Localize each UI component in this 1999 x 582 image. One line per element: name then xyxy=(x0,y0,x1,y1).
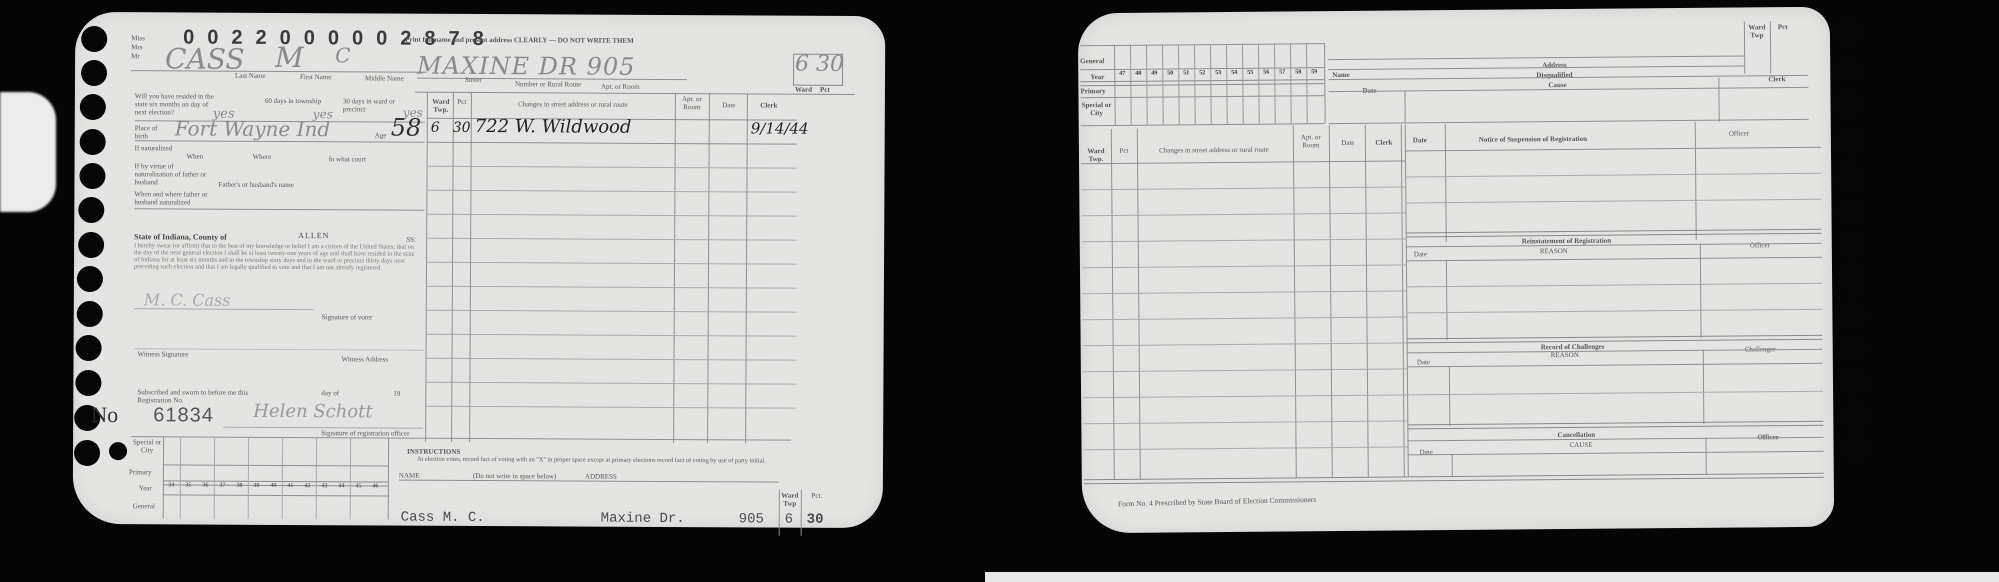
first-name-value: M xyxy=(275,41,304,74)
form-footer: Form No. 4 Prescribed by State Board of … xyxy=(1118,496,1316,508)
rule xyxy=(1080,43,1324,46)
typed-name: Cass M. C. xyxy=(401,510,485,526)
cause-label: Cause xyxy=(1548,81,1566,89)
row-line xyxy=(1083,342,1407,346)
col-divider xyxy=(1111,129,1115,479)
clerk-label: Clerk xyxy=(1768,75,1785,83)
row-line xyxy=(426,358,796,361)
ss-label: SS: xyxy=(406,236,416,244)
grid-line xyxy=(282,437,283,519)
col-divider xyxy=(451,92,454,442)
col-divider xyxy=(1446,260,1448,340)
typed-street: Maxine Dr. xyxy=(601,511,685,527)
th-clerk: Clerk xyxy=(749,101,789,109)
address-value: MAXINE DR 905 xyxy=(417,52,636,81)
suspension-date-label: Date xyxy=(1413,136,1427,144)
day-of-label: day of xyxy=(321,389,339,397)
middle-name-value: C xyxy=(335,43,350,67)
officer-signature: Helen Schott xyxy=(253,401,372,423)
q-township: 60 days in township xyxy=(265,97,325,105)
registration-card-back: General Year Primary Special or City 47 … xyxy=(1078,7,1835,534)
virtue-label: If by virtue of naturalization of father… xyxy=(134,162,206,186)
rule xyxy=(134,208,424,211)
row-line xyxy=(425,406,795,409)
label-year: Year xyxy=(139,484,152,492)
rule xyxy=(1080,95,1324,98)
punch-hole xyxy=(1835,92,1861,118)
pct-label: Pct xyxy=(1778,23,1788,31)
punch-hole xyxy=(78,197,104,223)
row-ward: 6 xyxy=(431,120,440,136)
punch-hole xyxy=(79,163,105,189)
label-special: Special or City xyxy=(129,438,165,454)
registration-card-front: 0022000002878 Print full name and presen… xyxy=(73,12,886,528)
col-divider xyxy=(1137,129,1141,479)
reg-no-prefix: No xyxy=(91,402,118,428)
address-col-label: ADDRESS xyxy=(585,473,617,481)
col-divider xyxy=(745,93,748,443)
col-divider xyxy=(673,93,676,443)
rule xyxy=(415,92,855,95)
row-change-address: 722 W. Wildwood xyxy=(475,116,632,138)
middle-name-label: Middle Name xyxy=(365,74,404,82)
punch-hole xyxy=(74,440,100,466)
th-pct: Pct xyxy=(453,98,471,106)
th-ward: Ward Twp. xyxy=(1083,147,1109,163)
punch-hole xyxy=(1837,198,1863,224)
table-border xyxy=(425,92,428,442)
row-line xyxy=(1082,264,1406,268)
section-border xyxy=(1407,421,1823,430)
label-special: Special or City xyxy=(1081,101,1113,117)
row-line xyxy=(426,190,796,193)
challenges-reason-label: REASON xyxy=(1551,351,1579,359)
pct-col-label: Pct. xyxy=(805,492,829,500)
punch-hole xyxy=(1841,334,1867,360)
row-line xyxy=(1084,446,1408,450)
rule xyxy=(1328,55,1744,60)
row-clerk: 9/14/44 xyxy=(751,119,809,137)
col-divider xyxy=(1703,350,1705,424)
grid-line xyxy=(214,437,215,519)
row-line xyxy=(1406,257,1822,262)
row-line xyxy=(1405,147,1821,152)
county-value: ALLEN xyxy=(298,231,329,240)
witness-address-label: Witness Address xyxy=(342,355,389,363)
row-line xyxy=(426,238,796,241)
col-divider xyxy=(1452,454,1453,476)
ward-label: Ward xyxy=(795,86,812,94)
col-divider xyxy=(1445,124,1447,242)
label-year: Year xyxy=(1090,73,1104,81)
reinstatement-date-label: Date xyxy=(1414,250,1427,258)
grid-line xyxy=(180,436,181,518)
punch-hole xyxy=(1834,56,1860,82)
challenges-date-label: Date xyxy=(1417,358,1430,366)
th-ward: Ward Twp. xyxy=(429,98,453,114)
label-general: General xyxy=(133,502,155,510)
punch-hole xyxy=(1839,266,1865,292)
grid-line xyxy=(163,436,164,518)
when-label: When xyxy=(187,152,204,160)
punch-hole xyxy=(80,129,106,155)
row-line xyxy=(1408,451,1824,456)
signature-label: Signature of voter xyxy=(322,313,373,321)
voter-signature: M. C. Cass xyxy=(144,290,231,309)
row-line xyxy=(1082,316,1406,320)
punch-hole-small xyxy=(109,442,127,460)
row-line xyxy=(1082,238,1406,242)
label-primary: Primary xyxy=(129,468,152,476)
suspension-title: Notice of Suspension of Registration xyxy=(1479,135,1587,144)
th-changes: Changes in street address or rural route xyxy=(1139,145,1289,154)
punch-hole xyxy=(1842,368,1868,394)
th-date: Date xyxy=(711,101,747,109)
punch-hole xyxy=(77,301,103,327)
grid-line xyxy=(350,437,351,519)
label-general: General xyxy=(1080,57,1104,65)
court-label: In what court xyxy=(329,155,366,163)
th-apt: Apt. or Room xyxy=(677,95,707,111)
row-line xyxy=(1081,160,1405,164)
grid-line xyxy=(316,437,317,519)
grid-line xyxy=(1324,43,1326,123)
punch-hole xyxy=(1836,128,1862,154)
row-line xyxy=(426,262,796,265)
paper-edge xyxy=(985,572,1999,582)
col-divider xyxy=(1404,90,1405,122)
punch-hole xyxy=(80,94,106,120)
section-border xyxy=(1406,229,1822,238)
birth-value: Fort Wayne Ind xyxy=(175,116,331,141)
registration-number: 61834 xyxy=(153,404,214,427)
oath-text: I hereby swear (or affirm) that to the b… xyxy=(134,242,420,271)
typed-ward: 6 xyxy=(785,512,793,528)
row-line xyxy=(1082,212,1406,216)
cancellation-cause-label: CAUSE xyxy=(1569,441,1592,449)
grid-line xyxy=(388,438,389,520)
ward-pct-value: 6 30 xyxy=(795,52,844,77)
ward-twp-label: Ward Twp xyxy=(779,492,801,508)
age-label: Age xyxy=(375,131,387,139)
row-line xyxy=(426,334,796,337)
first-name-label: First Name xyxy=(300,73,331,81)
punch-hole xyxy=(1839,232,1865,258)
header-instruction: Print full name and present address CLEA… xyxy=(405,36,635,45)
instructions-title: INSTRUCTIONS xyxy=(407,448,460,456)
naturalized-label: If naturalized xyxy=(135,144,185,152)
row-line xyxy=(425,382,795,385)
where-label: Where xyxy=(253,153,272,161)
typed-pct: 30 xyxy=(807,512,824,528)
col-divider xyxy=(1401,124,1405,476)
paper-scrap xyxy=(0,92,56,212)
th-pct: Pct xyxy=(1113,147,1135,155)
pct-label: Pct xyxy=(820,86,830,94)
when-where-label: When and where father or husband natural… xyxy=(134,190,224,206)
punch-hole xyxy=(1834,20,1860,46)
reg-no-label: Registration No. xyxy=(137,396,183,404)
col-divider xyxy=(1695,122,1697,240)
punch-hole xyxy=(78,232,104,258)
rule xyxy=(1328,65,1744,70)
th-changes: Changes in street address or rural route xyxy=(473,100,673,109)
th-apt: Apt. or Room xyxy=(1295,133,1327,149)
col-divider xyxy=(469,92,472,442)
col-divider xyxy=(1718,78,1719,122)
punch-hole xyxy=(77,266,103,292)
row-line xyxy=(1406,283,1822,288)
punch-hole xyxy=(1837,164,1863,190)
reinstatement-reason-label: REASON xyxy=(1540,247,1568,255)
birth-label: Place of birth xyxy=(135,124,169,140)
ward-twp-label: Ward Twp xyxy=(1746,23,1768,39)
row-line xyxy=(1405,173,1821,178)
col-divider xyxy=(1329,125,1333,477)
col-divider xyxy=(1449,366,1451,426)
th-clerk: Clerk xyxy=(1367,138,1401,146)
row-line xyxy=(426,214,796,217)
punch-hole xyxy=(76,335,102,361)
witness-signature-label: Witness Signature xyxy=(138,350,189,358)
col-divider xyxy=(1365,125,1369,477)
rule xyxy=(399,480,779,483)
q-state: Will you have resided in the state six m… xyxy=(135,92,215,116)
name-label: Name xyxy=(1332,71,1350,79)
signature-line xyxy=(134,308,314,310)
suspension-officer-label: Officer xyxy=(1729,129,1749,137)
rule xyxy=(1328,87,1808,92)
label-primary: Primary xyxy=(1080,87,1105,95)
col-divider xyxy=(1293,125,1297,477)
row-line xyxy=(1083,420,1407,424)
col-divider xyxy=(1770,21,1771,73)
rule xyxy=(1081,123,1325,126)
section-border xyxy=(1407,335,1823,344)
row-line xyxy=(427,166,797,169)
title-options: Miss Mrs Mr xyxy=(131,34,145,61)
year-row: 34 35 36 37 38 39 40 41 42 43 44 45 46 xyxy=(163,482,388,495)
row-line xyxy=(1083,394,1407,398)
apt-label: Apt. or Room xyxy=(601,83,640,91)
rule xyxy=(135,140,425,143)
row-line xyxy=(1081,186,1405,190)
rule xyxy=(131,436,791,440)
punch-hole xyxy=(1840,300,1866,326)
instructions-text: At election votes, record fact of voting… xyxy=(417,456,807,466)
row-line xyxy=(1406,309,1822,314)
th-date: Date xyxy=(1331,139,1365,147)
punch-hole xyxy=(75,370,101,396)
age-value: 58 xyxy=(391,114,422,142)
row-line xyxy=(1405,199,1821,204)
row-line xyxy=(426,310,796,313)
rule xyxy=(163,464,388,466)
col-divider xyxy=(1705,438,1706,474)
name-label: NAME xyxy=(399,472,420,480)
row-line xyxy=(1083,368,1407,372)
grid-line xyxy=(248,437,249,519)
row-pct: 30 xyxy=(453,120,471,136)
last-name-label: Last Name xyxy=(235,72,266,80)
number-label: Number or Rural Route xyxy=(515,80,581,88)
punch-hole xyxy=(81,60,107,86)
table-bottom-border xyxy=(1084,473,1824,484)
street-label: Street xyxy=(465,76,481,84)
father-name-label: Father's or husband's name xyxy=(218,181,293,189)
typed-number: 905 xyxy=(739,511,764,527)
col-divider xyxy=(707,93,710,443)
state-county-label: State of Indiana, County of xyxy=(134,232,227,241)
row-line xyxy=(1407,363,1823,368)
punch-hole xyxy=(81,26,107,52)
row-line xyxy=(1407,391,1823,396)
row-line xyxy=(1082,290,1406,294)
punch-hole xyxy=(1843,436,1869,462)
row-line xyxy=(426,286,796,289)
punch-hole xyxy=(1842,402,1868,428)
rule xyxy=(1329,119,1809,124)
row-line xyxy=(427,142,797,145)
year-label: 19 xyxy=(393,390,400,398)
